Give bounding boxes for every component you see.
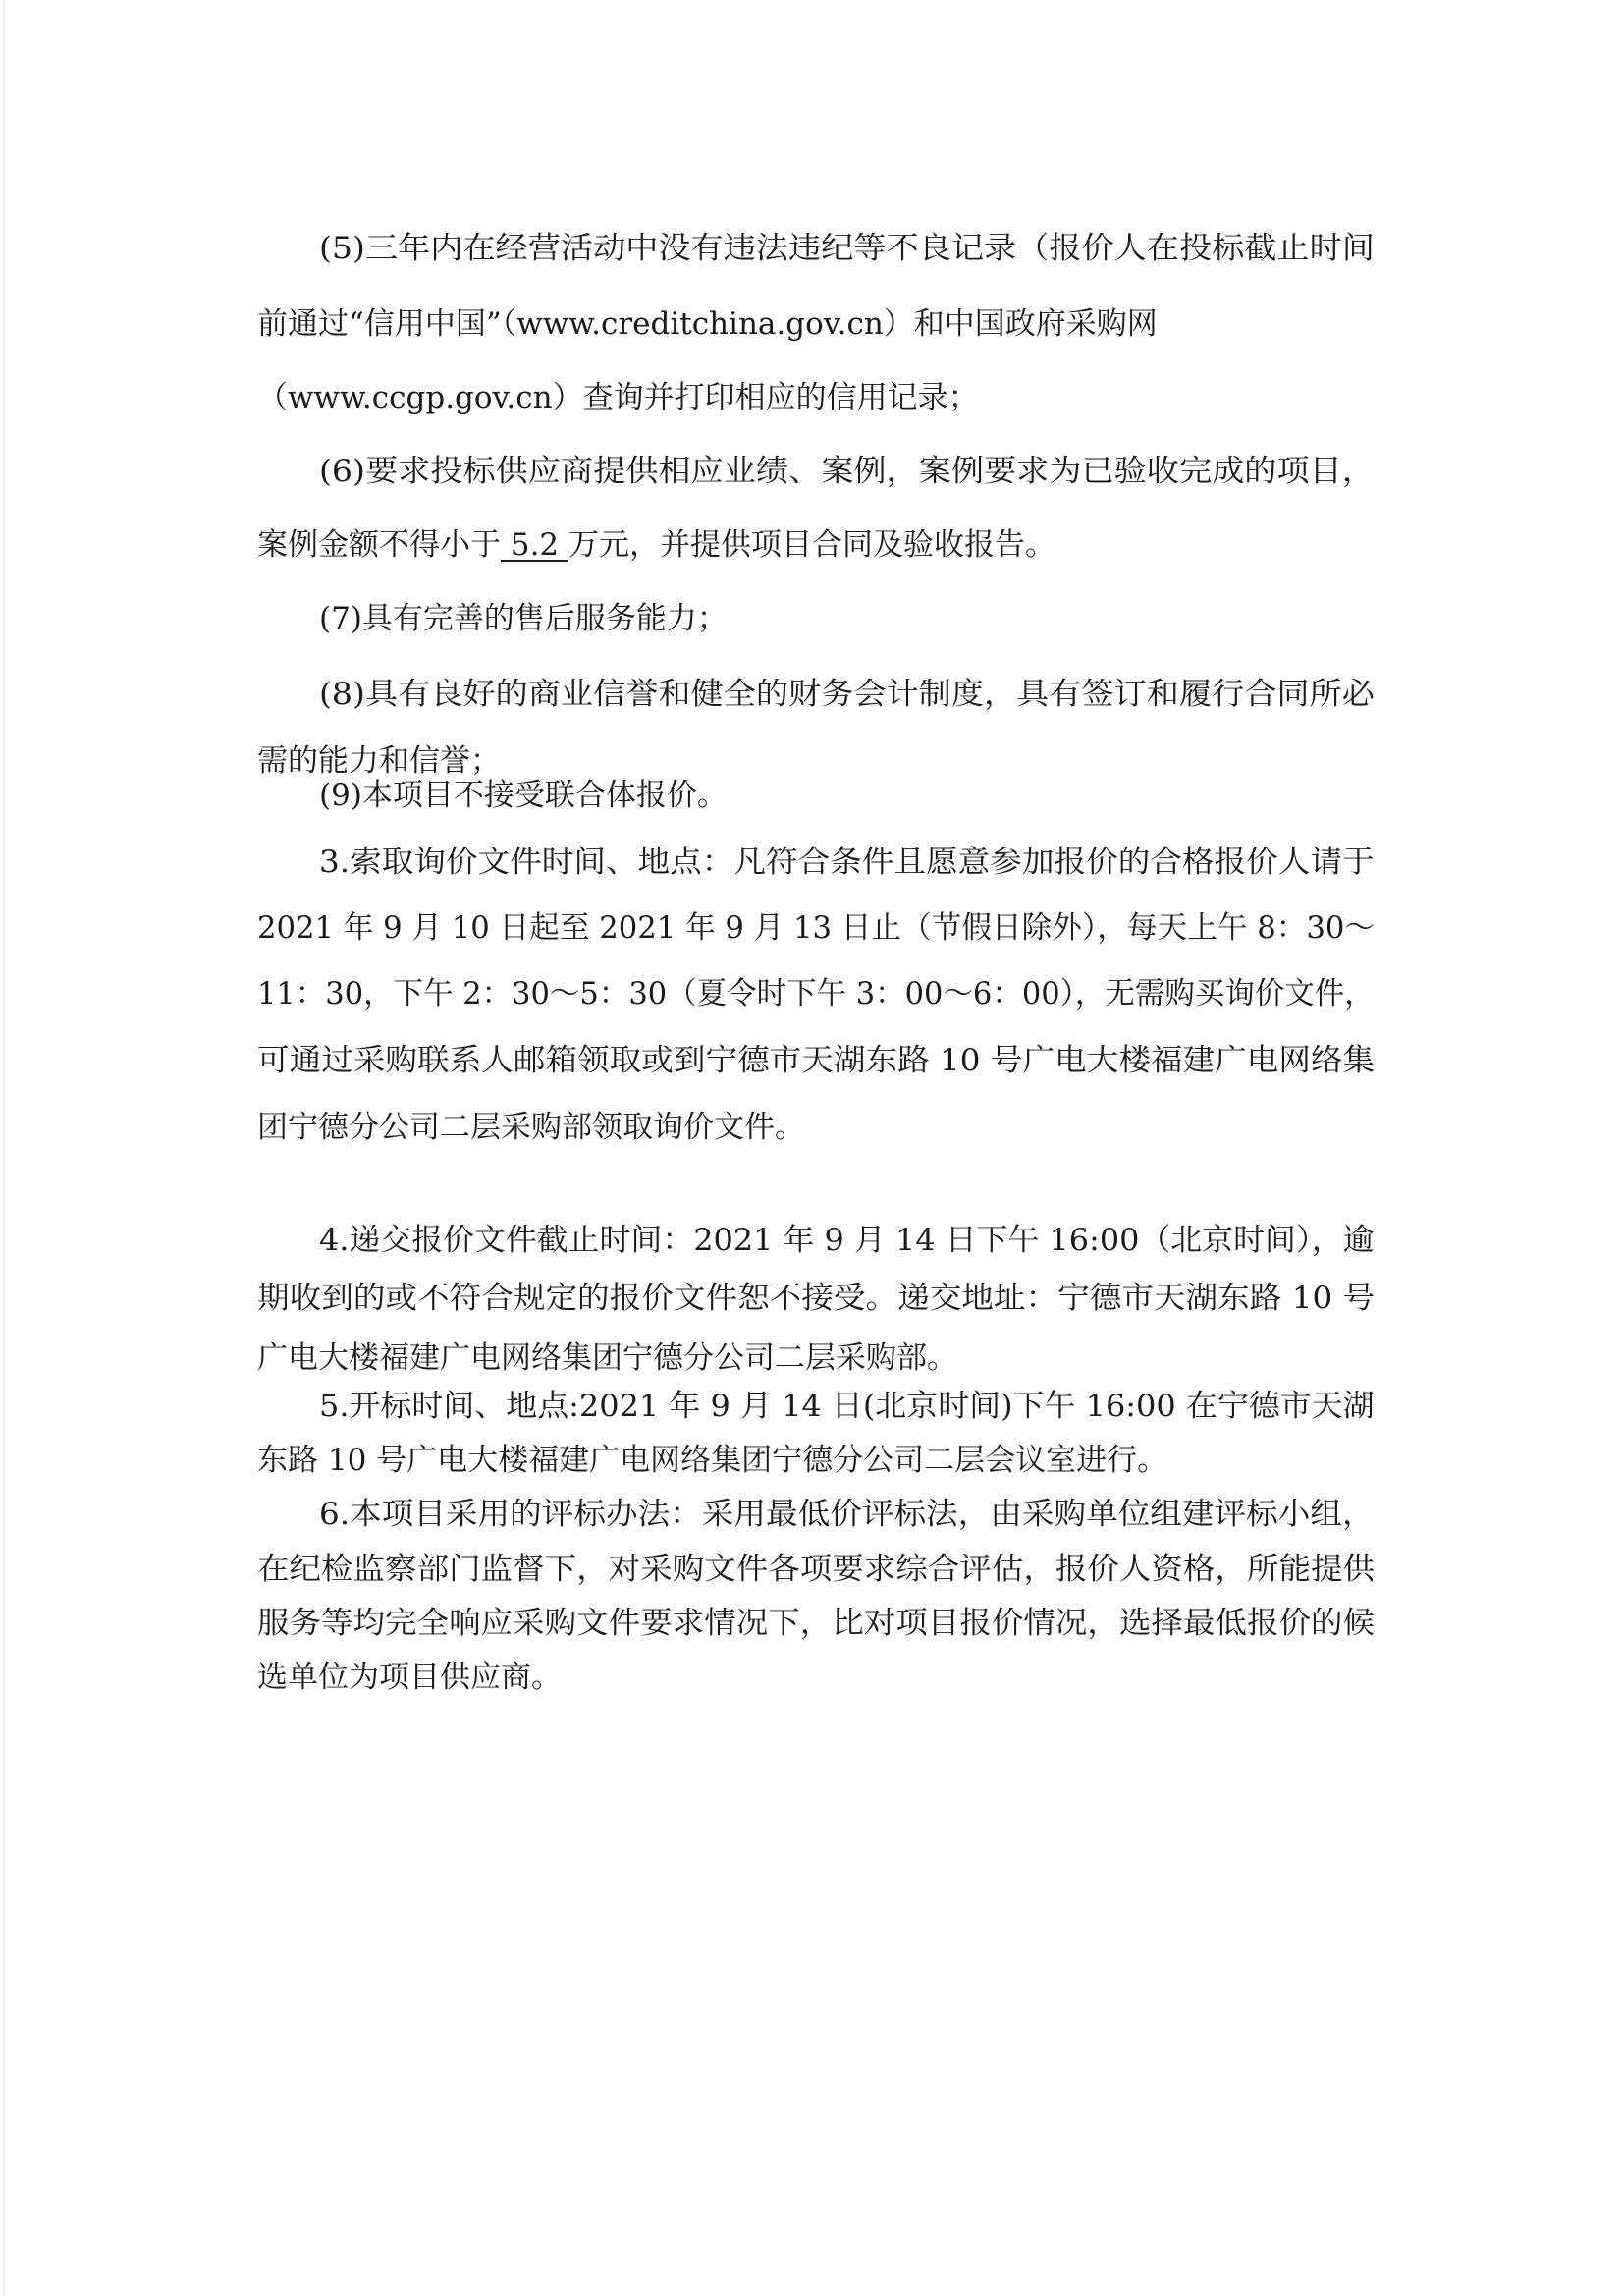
- section-3-line-3: 11：30，下午 2：30～5：30（夏令时下午 3：00～6：00），无需购买…: [257, 974, 1375, 1013]
- section-5-line-2: 东路 10 号广电大楼福建广电网络集团宁德分公司二层会议室进行。: [257, 1441, 1167, 1480]
- clause-9: (9)本项目不接受联合体报价。: [319, 776, 728, 815]
- section-3-line-2: 2021 年 9 月 10 日起至 2021 年 9 月 13 日止（节假日除外…: [257, 908, 1375, 948]
- clause-6-post: 万元，并提供项目合同及验收报告。: [568, 527, 1055, 563]
- clause-6-line-1: (6)要求投标供应商提供相应业绩、案例，案例要求为已验收完成的项目，: [319, 452, 1375, 491]
- document-page: (5)三年内在经营活动中没有违法违纪等不良记录（报价人在投标截止时间 前通过“信…: [0, 0, 1623, 2296]
- clause-6-line-2: 案例金额不得小于 5.2 万元，并提供项目合同及验收报告。: [257, 525, 1055, 565]
- section-6-line-3: 服务等均完全响应采购文件要求情况下，比对项目报价情况，选择最低报价的候: [257, 1604, 1375, 1643]
- section-3-line-4: 可通过采购联系人邮箱领取或到宁德市天湖东路 10 号广电大楼福建广电网络集: [257, 1041, 1375, 1080]
- section-6-line-4: 选单位为项目供应商。: [257, 1658, 562, 1697]
- section-4-line-2: 期收到的或不符合规定的报价文件恕不接受。递交地址：宁德市天湖东路 10 号: [257, 1279, 1375, 1318]
- section-4-line-1: 4.递交报价文件截止时间：2021 年 9 月 14 日下午 16:00（北京时…: [319, 1221, 1375, 1260]
- clause-7: (7)具有完善的售后服务能力；: [319, 599, 728, 638]
- section-6-line-1: 6.本项目采用的评标办法：采用最低价评标法，由采购单位组建评标小组，: [319, 1495, 1375, 1534]
- section-3-line-5: 团宁德分公司二层采购部领取询价文件。: [257, 1108, 805, 1147]
- section-6-line-2: 在纪检监察部门监督下，对采购文件各项要求综合评估，报价人资格，所能提供: [257, 1550, 1375, 1589]
- section-5-line-1: 5.开标时间、地点:2021 年 9 月 14 日(北京时间)下午 16:00 …: [319, 1387, 1375, 1426]
- scan-edge-artifact: [3, 0, 5, 2296]
- clause-8-line-2: 需的能力和信誉；: [257, 741, 501, 781]
- section-4-line-3: 广电大楼福建广电网络集团宁德分公司二层采购部。: [257, 1339, 957, 1378]
- clause-8-line-1: (8)具有良好的商业信誉和健全的财务会计制度，具有签订和履行合同所必: [319, 675, 1375, 714]
- case-amount-value: 5.2: [501, 527, 568, 563]
- clause-5-line-3: （www.ccgp.gov.cn）查询并打印相应的信用记录；: [257, 378, 979, 417]
- clause-5-line-1: (5)三年内在经营活动中没有违法违纪等不良记录（报价人在投标截止时间: [319, 229, 1375, 268]
- clause-5-line-2: 前通过“信用中国”（www.creditchina.gov.cn）和中国政府采购…: [257, 304, 1158, 344]
- section-3-line-1: 3.索取询价文件时间、地点：凡符合条件且愿意参加报价的合格报价人请于: [319, 843, 1375, 882]
- clause-6-pre: 案例金额不得小于: [257, 527, 501, 563]
